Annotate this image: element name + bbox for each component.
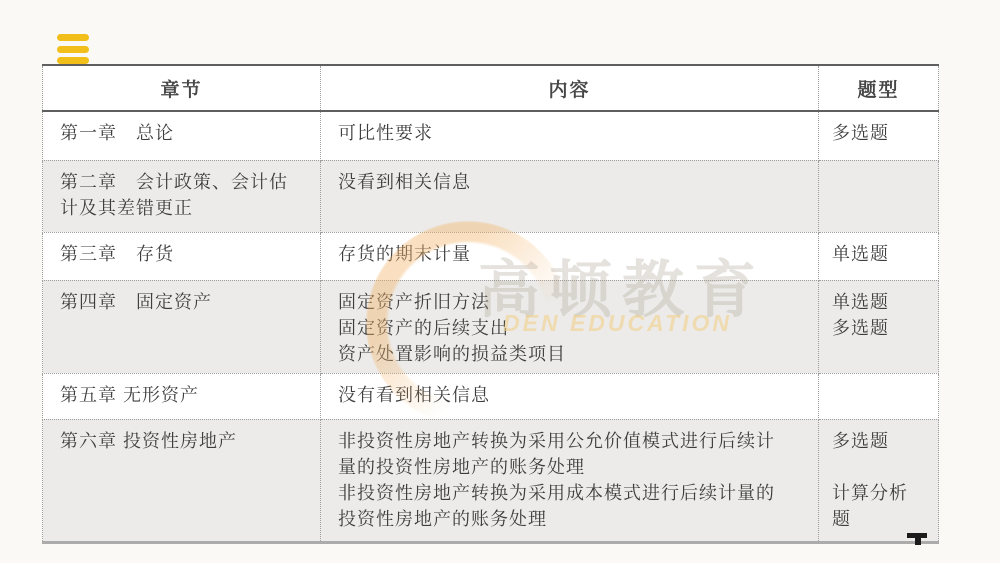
table-row: 第一章 总论 可比性要求 多选题 xyxy=(43,111,939,160)
header-chapter: 章节 xyxy=(43,65,321,111)
chapter-cell: 第五章 无形资产 xyxy=(43,373,321,419)
hamburger-menu-icon[interactable] xyxy=(57,34,89,64)
hamburger-bar xyxy=(57,46,89,53)
table-row: 第二章 会计政策、会计估 计及其差错更正 没看到相关信息 xyxy=(43,160,939,232)
chapter-summary-table-wrap: 章节 内容 题型 第一章 总论 可比性要求 多选题 第二章 会计政策、会计估 计… xyxy=(42,64,939,544)
hamburger-bar xyxy=(57,57,89,64)
content-cell: 非投资性房地产转换为采用公允价值模式进行后续计 量的投资性房地产的账务处理 非投… xyxy=(321,419,819,542)
question-type-cell xyxy=(819,160,939,232)
table-row: 第四章 固定资产 固定资产折旧方法 固定资产的后续支出 资产处置影响的损益类项目… xyxy=(43,280,939,373)
chapter-cell: 第一章 总论 xyxy=(43,111,321,160)
header-content: 内容 xyxy=(321,65,819,111)
question-type-cell: 单选题 多选题 xyxy=(819,280,939,373)
table-row: 第六章 投资性房地产 非投资性房地产转换为采用公允价值模式进行后续计 量的投资性… xyxy=(43,419,939,542)
table-row: 第三章 存货 存货的期末计量 单选题 xyxy=(43,232,939,280)
chapter-cell: 第四章 固定资产 xyxy=(43,280,321,373)
question-type-cell xyxy=(819,373,939,419)
header-question-type: 题型 xyxy=(819,65,939,111)
content-cell: 没看到相关信息 xyxy=(321,160,819,232)
table-row: 第五章 无形资产 没有看到相关信息 xyxy=(43,373,939,419)
chapter-summary-table: 章节 内容 题型 第一章 总论 可比性要求 多选题 第二章 会计政策、会计估 计… xyxy=(42,64,939,544)
table-header-row: 章节 内容 题型 xyxy=(43,65,939,111)
question-type-cell: 多选题 计算分析 题 xyxy=(819,419,939,542)
question-type-cell: 多选题 xyxy=(819,111,939,160)
chapter-cell: 第六章 投资性房地产 xyxy=(43,419,321,542)
page-number-mark xyxy=(915,538,921,545)
content-cell: 没有看到相关信息 xyxy=(321,373,819,419)
hamburger-bar xyxy=(57,34,89,41)
question-type-cell: 单选题 xyxy=(819,232,939,280)
content-cell: 可比性要求 xyxy=(321,111,819,160)
content-cell: 固定资产折旧方法 固定资产的后续支出 资产处置影响的损益类项目 xyxy=(321,280,819,373)
slide: 章节 内容 题型 第一章 总论 可比性要求 多选题 第二章 会计政策、会计估 计… xyxy=(0,0,1000,563)
chapter-cell: 第三章 存货 xyxy=(43,232,321,280)
content-cell: 存货的期末计量 xyxy=(321,232,819,280)
chapter-cell: 第二章 会计政策、会计估 计及其差错更正 xyxy=(43,160,321,232)
